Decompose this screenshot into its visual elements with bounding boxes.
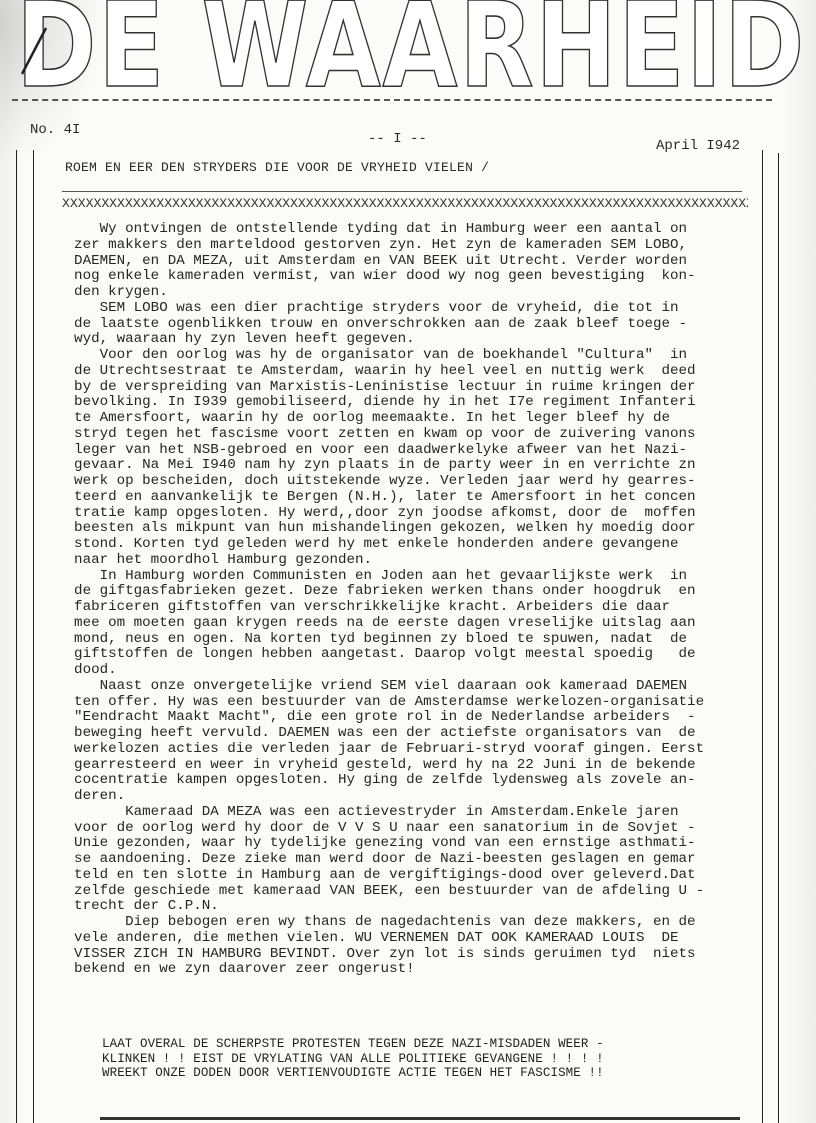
issue-number: No. 4I	[30, 122, 80, 138]
issue-date: April I942	[656, 138, 740, 154]
x-separator: XXXXXXXXXXXXXXXXXXXXXXXXXXXXXXXXXXXXXXXX…	[62, 196, 748, 211]
article-line: beesten als mikpunt van hun mishandeling…	[40, 521, 760, 537]
article-line: DAEMEN, en DA MEZA, uit Amsterdam en VAN…	[40, 254, 760, 270]
right-margin-rule-outer	[778, 153, 779, 1123]
article-line: naar het moordhol Hamburg gezonden.	[40, 553, 760, 569]
closing-line: KLINKEN ! ! EIST DE VRYLATING VAN ALLE P…	[102, 1052, 604, 1067]
masthead-rule	[12, 99, 772, 101]
article-line: bevolking. In I939 gemobiliseerd, diende…	[40, 395, 760, 411]
right-margin-rule-inner	[762, 150, 763, 1123]
article-line: stryd tegen het fascisme voort zetten en…	[40, 427, 760, 443]
article-line: wyd, waaraan hy zyn leven heeft gegeven.	[40, 332, 760, 348]
article-line: ten offer. Hy was een bestuurder van de …	[40, 695, 760, 711]
article-line: bekend en we zyn daarover zeer ongerust!	[40, 962, 760, 978]
masthead: DE WAARHEID	[12, 0, 812, 90]
article-line: de Utrechtsestraat te Amsterdam, waarin …	[40, 364, 760, 380]
closing-line: WREEKT ONZE DODEN DOOR VERTIENVOUDIGTE A…	[102, 1066, 604, 1081]
article-line: Kameraad DA MEZA was een actievestryder …	[40, 805, 760, 821]
article-line: trecht der C.P.N.	[40, 899, 760, 915]
article-line: zer makkers den marteldood gestorven zyn…	[40, 238, 760, 254]
masthead-title: DE WAARHEID	[16, 0, 806, 90]
left-margin-rule-outer	[16, 150, 17, 1123]
article-line: nog enkele kameraden vermist, van wier d…	[40, 269, 760, 285]
closing-line: LAAT OVERAL DE SCHERPSTE PROTESTEN TEGEN…	[102, 1037, 604, 1052]
article-line: cocentratie kampen opgesloten. Hy ging d…	[40, 773, 760, 789]
article-line: stond. Korten tyd geleden werd hy met en…	[40, 537, 760, 553]
article-line: werkelozen acties die verleden jaar de F…	[40, 742, 760, 758]
left-margin-rule-inner	[33, 150, 34, 1123]
page-number: -- I --	[368, 131, 427, 147]
article-line: werk op bescheiden, doch uitstekende wyz…	[40, 474, 760, 490]
article-line: Wy ontvingen de ontstellende tyding dat …	[40, 222, 760, 238]
article-line: zelfde geschiede met kameraad VAN BEEK, …	[40, 884, 760, 900]
article-line: Naast onze onvergetelijke vriend SEM vie…	[40, 679, 760, 695]
article-line: se aandoening. Deze zieke man werd door …	[40, 852, 760, 868]
article-line: mond, neus en ogen. Na korten tyd beginn…	[40, 632, 760, 648]
article-line: by de verspreiding van Marxistis-Leninis…	[40, 380, 760, 396]
article-line: Voor den oorlog was hy de organisator va…	[40, 348, 760, 364]
article-line: "Eendracht Maakt Macht", die een grote r…	[40, 710, 760, 726]
article-line: leger van het NSB-gebroed en voor een da…	[40, 443, 760, 459]
article-line: gearresteerd en weer in vryheid gesteld,…	[40, 758, 760, 774]
masthead-title-graphic: DE WAARHEID	[12, 0, 812, 90]
article-line: den krygen.	[40, 285, 760, 301]
article-line: de giftgasfabrieken gezet. Deze fabrieke…	[40, 584, 760, 600]
article-line: tratie kamp opgesloten. Hy werd,,door zy…	[40, 506, 760, 522]
article-headline: ROEM EN EER DEN STRYDERS DIE VOOR DE VRY…	[65, 160, 489, 175]
headline-underline	[62, 191, 742, 192]
article-line: In Hamburg worden Communisten en Joden a…	[40, 569, 760, 585]
article-line: fabriceren giftstoffen van verschrikkeli…	[40, 600, 760, 616]
article-line: vele anderen, die methen vielen. WU VERN…	[40, 931, 760, 947]
bottom-rule	[100, 1117, 740, 1120]
article-line: Diep bebogen eren wy thans de nagedachte…	[40, 915, 760, 931]
article-line: voor de oorlog werd hy door de V V S U n…	[40, 821, 760, 837]
article-line: beweging heeft vervuld. DAEMEN was een d…	[40, 726, 760, 742]
article-line: gevaar. Na Mei I940 nam hy zyn plaats in…	[40, 458, 760, 474]
article-line: mee om moeten gaan krygen reeds na de ee…	[40, 616, 760, 632]
article-line: dood.	[40, 663, 760, 679]
article-line: te Amersfoort, waarin hy de oorlog meema…	[40, 411, 760, 427]
article-line: Unie gezonden, waar hy tydelijke genezin…	[40, 836, 760, 852]
article-body: Wy ontvingen de ontstellende tyding dat …	[40, 222, 760, 978]
article-line: VISSER ZICH IN HAMBURG BEVINDT. Over zyn…	[40, 947, 760, 963]
closing-appeal: LAAT OVERAL DE SCHERPSTE PROTESTEN TEGEN…	[102, 1037, 604, 1081]
article-line: de laatste ogenblikken trouw en onversch…	[40, 317, 760, 333]
article-line: SEM LOBO was een dier prachtige stryders…	[40, 301, 760, 317]
article-line: teld en ten slotte in Hamburg aan de ver…	[40, 868, 760, 884]
article-line: giftstoffen de longen hebben aangetast. …	[40, 647, 760, 663]
article-line: teerd en aanvankelijk te Bergen (N.H.), …	[40, 490, 760, 506]
article-line: deren.	[40, 789, 760, 805]
